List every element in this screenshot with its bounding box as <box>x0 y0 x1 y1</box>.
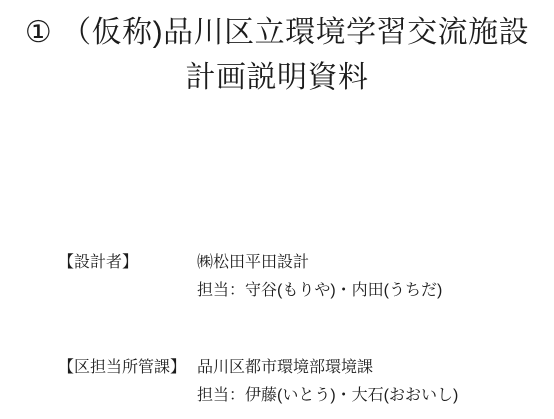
designer-value: ㈱松田平田設計 担当：守谷(もりや)・内田(うちだ) <box>197 249 442 305</box>
info-row-ward-department: 【区担当所管課】 品川区都市環境部環境課 担当：伊藤(いとう)・大石(おおいし) <box>58 354 458 410</box>
page-title-line2: 計画説明資料 <box>0 55 554 100</box>
ward-department-name: 品川区都市環境部環境課 <box>197 354 458 382</box>
ward-department-contacts: 担当：伊藤(いとう)・大石(おおいし) <box>197 382 458 410</box>
info-row-designer: 【設計者】 ㈱松田平田設計 担当：守谷(もりや)・内田(うちだ) <box>58 249 442 305</box>
designer-label: 【設計者】 <box>58 249 197 277</box>
designer-contacts: 担当：守谷(もりや)・内田(うちだ) <box>197 277 442 305</box>
ward-department-label: 【区担当所管課】 <box>58 354 197 382</box>
page-title: ① （仮称)品川区立環境学習交流施設 計画説明資料 <box>0 10 554 100</box>
ward-department-value: 品川区都市環境部環境課 担当：伊藤(いとう)・大石(おおいし) <box>197 354 458 410</box>
designer-company: ㈱松田平田設計 <box>197 249 442 277</box>
page-title-line1: ① （仮称)品川区立環境学習交流施設 <box>0 10 554 55</box>
document-page: ① （仮称)品川区立環境学習交流施設 計画説明資料 【設計者】 ㈱松田平田設計 … <box>0 0 554 419</box>
